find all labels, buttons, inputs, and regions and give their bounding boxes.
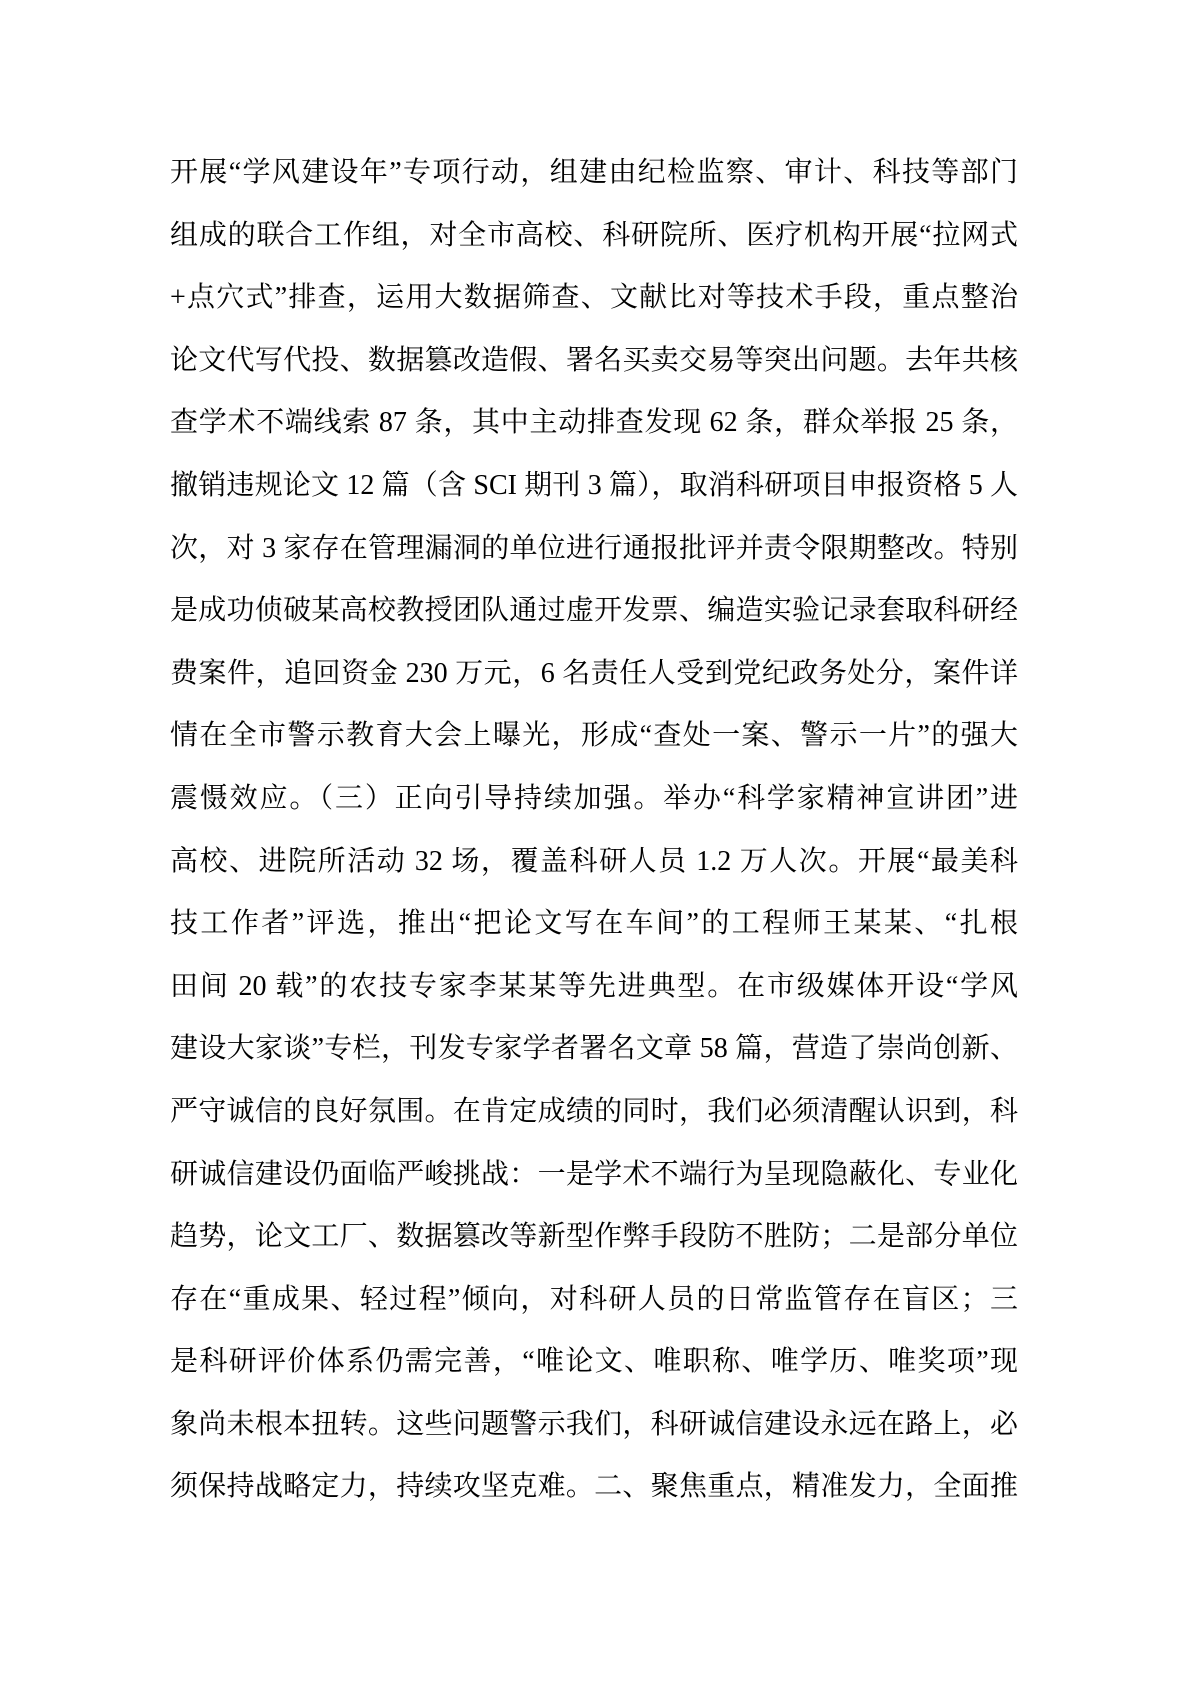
text-line: 象尚未根本扭转。这些问题警示我们，科研诚信建设永远在路上，必 [170, 1394, 1018, 1457]
text-line: 研诚信建设仍面临严峻挑战：一是学术不端行为呈现隐蔽化、专业化 [170, 1144, 1018, 1207]
text-line: 技工作者”评选，推出“把论文写在车间”的工程师王某某、“扎根 [170, 893, 1018, 956]
text-line: 情在全市警示教育大会上曝光，形成“查处一案、警示一片”的强大 [170, 705, 1018, 768]
text-line: 组成的联合工作组，对全市高校、科研院所、医疗机构开展“拉网式 [170, 205, 1018, 268]
text-line: 次，对 3 家存在管理漏洞的单位进行通报批评并责令限期整改。特别 [170, 518, 1018, 581]
text-line: +点穴式”排查，运用大数据筛查、文献比对等技术手段，重点整治 [170, 267, 1018, 330]
text-line: 趋势，论文工厂、数据篡改等新型作弊手段防不胜防；二是部分单位 [170, 1206, 1018, 1269]
text-line: 论文代写代投、数据篡改造假、署名买卖交易等突出问题。去年共核 [170, 330, 1018, 393]
document-page: 开展“学风建设年”专项行动，组建由纪检监察、审计、科技等部门 组成的联合工作组，… [0, 0, 1190, 1683]
text-line: 震慑效应。（三）正向引导持续加强。举办“科学家精神宣讲团”进 [170, 768, 1018, 831]
text-line: 查学术不端线索 87 条，其中主动排查发现 62 条，群众举报 25 条， [170, 392, 1018, 455]
text-line: 费案件，追回资金 230 万元，6 名责任人受到党纪政务处分，案件详 [170, 643, 1018, 706]
text-line: 高校、进院所活动 32 场，覆盖科研人员 1.2 万人次。开展“最美科 [170, 831, 1018, 894]
text-line: 是成功侦破某高校教授团队通过虚开发票、编造实验记录套取科研经 [170, 580, 1018, 643]
text-line: 须保持战略定力，持续攻坚克难。二、聚焦重点，精准发力，全面推 [170, 1456, 1018, 1519]
text-line: 严守诚信的良好氛围。在肯定成绩的同时，我们必须清醒认识到，科 [170, 1081, 1018, 1144]
paragraph-text-block: 开展“学风建设年”专项行动，组建由纪检监察、审计、科技等部门 组成的联合工作组，… [170, 142, 1018, 1519]
text-line: 撤销违规论文 12 篇（含 SCI 期刊 3 篇），取消科研项目申报资格 5 人 [170, 455, 1018, 518]
text-line: 是科研评价体系仍需完善，“唯论文、唯职称、唯学历、唯奖项”现 [170, 1331, 1018, 1394]
text-line: 存在“重成果、轻过程”倾向，对科研人员的日常监管存在盲区；三 [170, 1269, 1018, 1332]
text-line: 建设大家谈”专栏，刊发专家学者署名文章 58 篇，营造了崇尚创新、 [170, 1018, 1018, 1081]
text-line: 田间 20 载”的农技专家李某某等先进典型。在市级媒体开设“学风 [170, 956, 1018, 1019]
text-line: 开展“学风建设年”专项行动，组建由纪检监察、审计、科技等部门 [170, 142, 1018, 205]
